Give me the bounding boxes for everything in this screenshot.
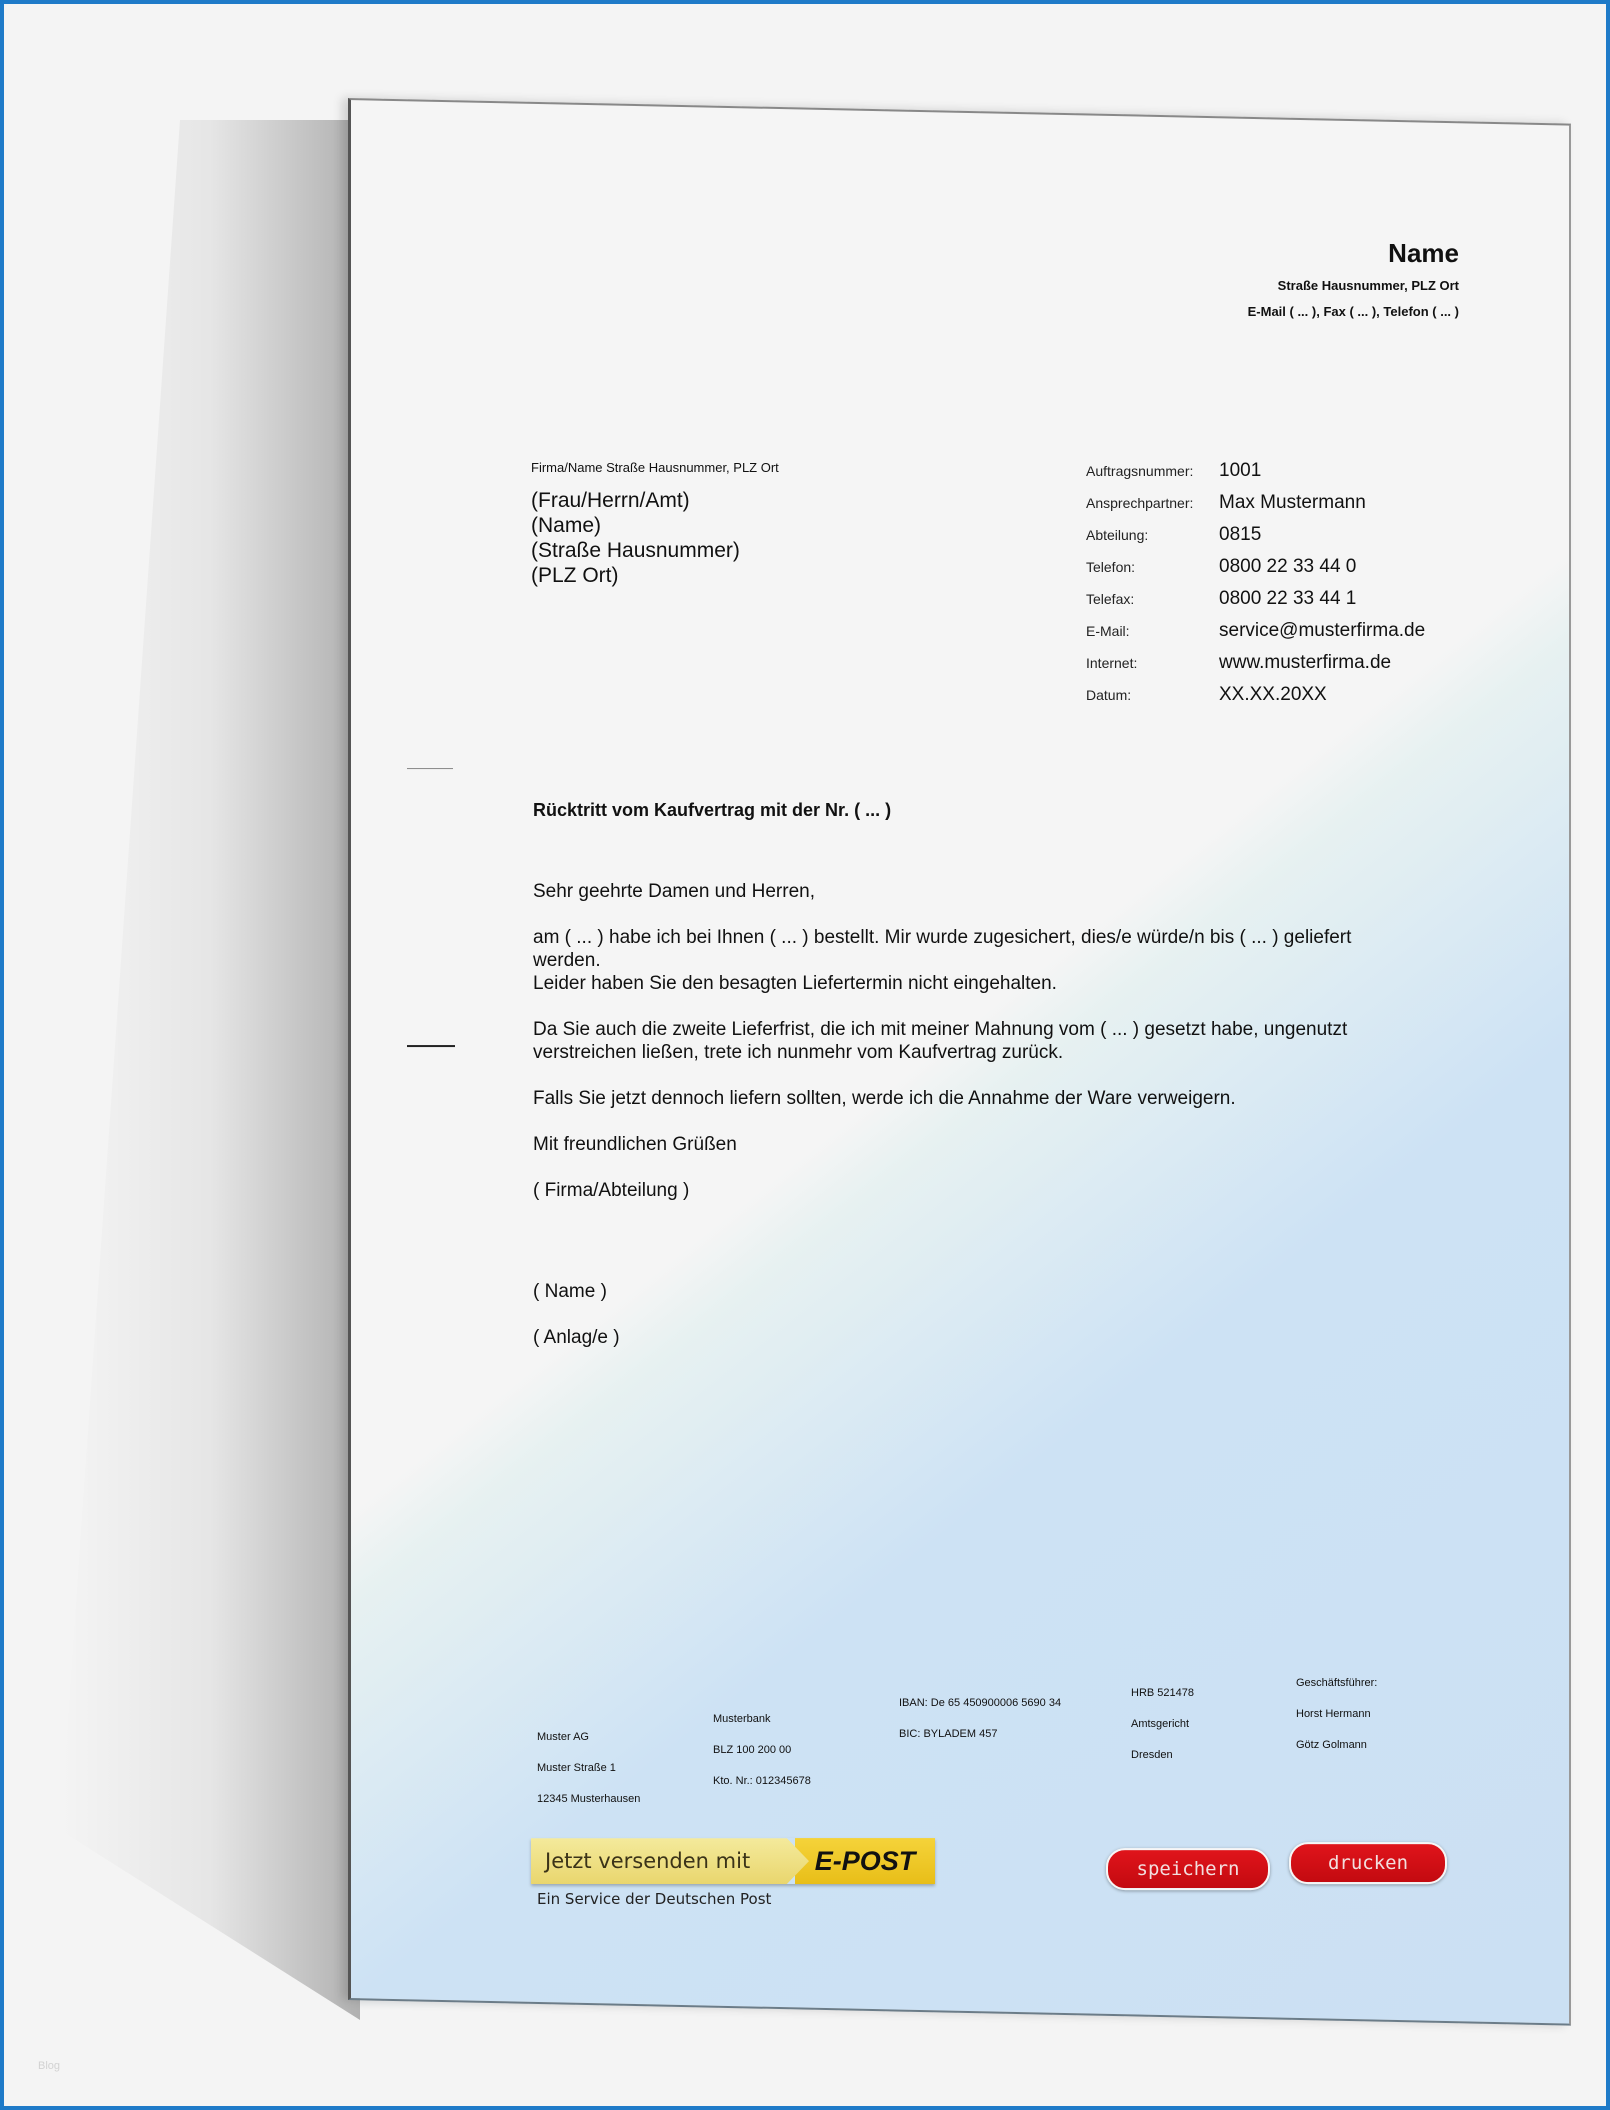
- info-label: Auftragsnummer:: [1086, 463, 1219, 479]
- body-paragraph: Da Sie auch die zweite Lieferfrist, die …: [533, 1018, 1413, 1064]
- footer-text: Dresden: [1131, 1740, 1194, 1771]
- epost-label: Jetzt versenden mit: [531, 1838, 809, 1884]
- footer-text: Geschäftsführer:: [1296, 1668, 1377, 1699]
- recipient-line: (PLZ Ort): [531, 563, 740, 588]
- print-button[interactable]: drucken: [1289, 1842, 1447, 1884]
- fold-mark: [407, 768, 453, 769]
- footer-text: IBAN: De 65 450900006 5690 34: [899, 1688, 1061, 1719]
- info-value: XX.XX.20XX: [1219, 684, 1327, 706]
- info-block: Auftragsnummer: 1001 Ansprechpartner: Ma…: [1086, 460, 1425, 716]
- footer-register: HRB 521478 Amtsgericht Dresden: [1131, 1678, 1194, 1771]
- watermark: Blog: [38, 2060, 60, 2072]
- footer-text: Musterbank: [713, 1704, 811, 1735]
- info-value: 0800 22 33 44 1: [1219, 588, 1356, 610]
- footer-iban: IBAN: De 65 450900006 5690 34 BIC: BYLAD…: [899, 1688, 1061, 1750]
- recipient-address: (Frau/Herrn/Amt) (Name) (Straße Hausnumm…: [531, 488, 740, 588]
- footer-text: Kto. Nr.: 012345678: [713, 1766, 811, 1797]
- footer-text: BLZ 100 200 00: [713, 1735, 811, 1766]
- footer-text: Horst Hermann: [1296, 1699, 1377, 1730]
- info-label: Telefax:: [1086, 591, 1219, 607]
- salutation: Sehr geehrte Damen und Herren,: [533, 880, 1413, 903]
- footer-text: Amtsgericht: [1131, 1709, 1194, 1740]
- info-value: 0815: [1219, 524, 1261, 546]
- save-button[interactable]: speichern: [1106, 1848, 1270, 1890]
- info-label: Internet:: [1086, 655, 1219, 671]
- footer-management: Geschäftsführer: Horst Hermann Götz Golm…: [1296, 1668, 1377, 1761]
- recipient-line: (Frau/Herrn/Amt): [531, 488, 740, 513]
- info-label: E-Mail:: [1086, 623, 1219, 639]
- letter-page: Name Straße Hausnummer, PLZ Ort E-Mail (…: [348, 98, 1571, 2026]
- body-paragraph: am ( ... ) habe ich bei Ihnen ( ... ) be…: [533, 926, 1413, 972]
- info-value: 0800 22 33 44 0: [1219, 556, 1356, 578]
- punch-mark: [407, 1045, 455, 1047]
- info-row-fax: Telefax: 0800 22 33 44 1: [1086, 588, 1425, 620]
- signature-name: ( Name ): [533, 1280, 1413, 1303]
- info-row-phone: Telefon: 0800 22 33 44 0: [1086, 556, 1425, 588]
- footer-text: BIC: BYLADEM 457: [899, 1719, 1061, 1750]
- recipient-line: (Straße Hausnummer): [531, 538, 740, 563]
- body-paragraph: Leider haben Sie den besagten Lieferterm…: [533, 972, 1413, 995]
- recipient-line: (Name): [531, 513, 740, 538]
- letter-body: Sehr geehrte Damen und Herren, am ( ... …: [533, 880, 1413, 1372]
- footer-text: 12345 Musterhausen: [537, 1784, 640, 1815]
- info-label: Datum:: [1086, 687, 1219, 703]
- footer-text: Muster Straße 1: [537, 1753, 640, 1784]
- footer-company: Muster AG Muster Straße 1 12345 Musterha…: [537, 1722, 640, 1815]
- sender-address: Straße Hausnummer, PLZ Ort: [1278, 278, 1459, 293]
- info-label: Telefon:: [1086, 559, 1219, 575]
- footer-text: Muster AG: [537, 1722, 640, 1753]
- info-row-internet: Internet: www.musterfirma.de: [1086, 652, 1425, 684]
- return-address-line: Firma/Name Straße Hausnummer, PLZ Ort: [531, 460, 779, 475]
- info-value: www.musterfirma.de: [1219, 652, 1391, 674]
- epost-subtitle: Ein Service der Deutschen Post: [537, 1890, 771, 1908]
- footer-text: HRB 521478: [1131, 1678, 1194, 1709]
- sender-name: Name: [1388, 238, 1459, 269]
- info-row-email: E-Mail: service@musterfirma.de: [1086, 620, 1425, 652]
- epost-send-button[interactable]: Jetzt versenden mit E-POST: [531, 1838, 935, 1884]
- body-paragraph: Falls Sie jetzt dennoch liefern sollten,…: [533, 1087, 1413, 1110]
- attachments: ( Anlag/e ): [533, 1326, 1413, 1349]
- info-row-contact-person: Ansprechpartner: Max Mustermann: [1086, 492, 1425, 524]
- sender-contact: E-Mail ( ... ), Fax ( ... ), Telefon ( .…: [1248, 304, 1459, 319]
- info-row-date: Datum: XX.XX.20XX: [1086, 684, 1425, 716]
- signature-company: ( Firma/Abteilung ): [533, 1179, 1413, 1202]
- info-row-order-number: Auftragsnummer: 1001: [1086, 460, 1425, 492]
- info-value: service@musterfirma.de: [1219, 620, 1425, 642]
- info-label: Abteilung:: [1086, 527, 1219, 543]
- info-label: Ansprechpartner:: [1086, 495, 1219, 511]
- closing: Mit freundlichen Grüßen: [533, 1133, 1413, 1156]
- info-value: 1001: [1219, 460, 1261, 482]
- page-shadow: [60, 120, 360, 2020]
- footer-text: Götz Golmann: [1296, 1730, 1377, 1761]
- epost-logo: E-POST: [795, 1838, 935, 1884]
- letter-subject: Rücktritt vom Kaufvertrag mit der Nr. ( …: [533, 800, 891, 821]
- info-value: Max Mustermann: [1219, 492, 1366, 514]
- info-row-department: Abteilung: 0815: [1086, 524, 1425, 556]
- footer-bank: Musterbank BLZ 100 200 00 Kto. Nr.: 0123…: [713, 1704, 811, 1797]
